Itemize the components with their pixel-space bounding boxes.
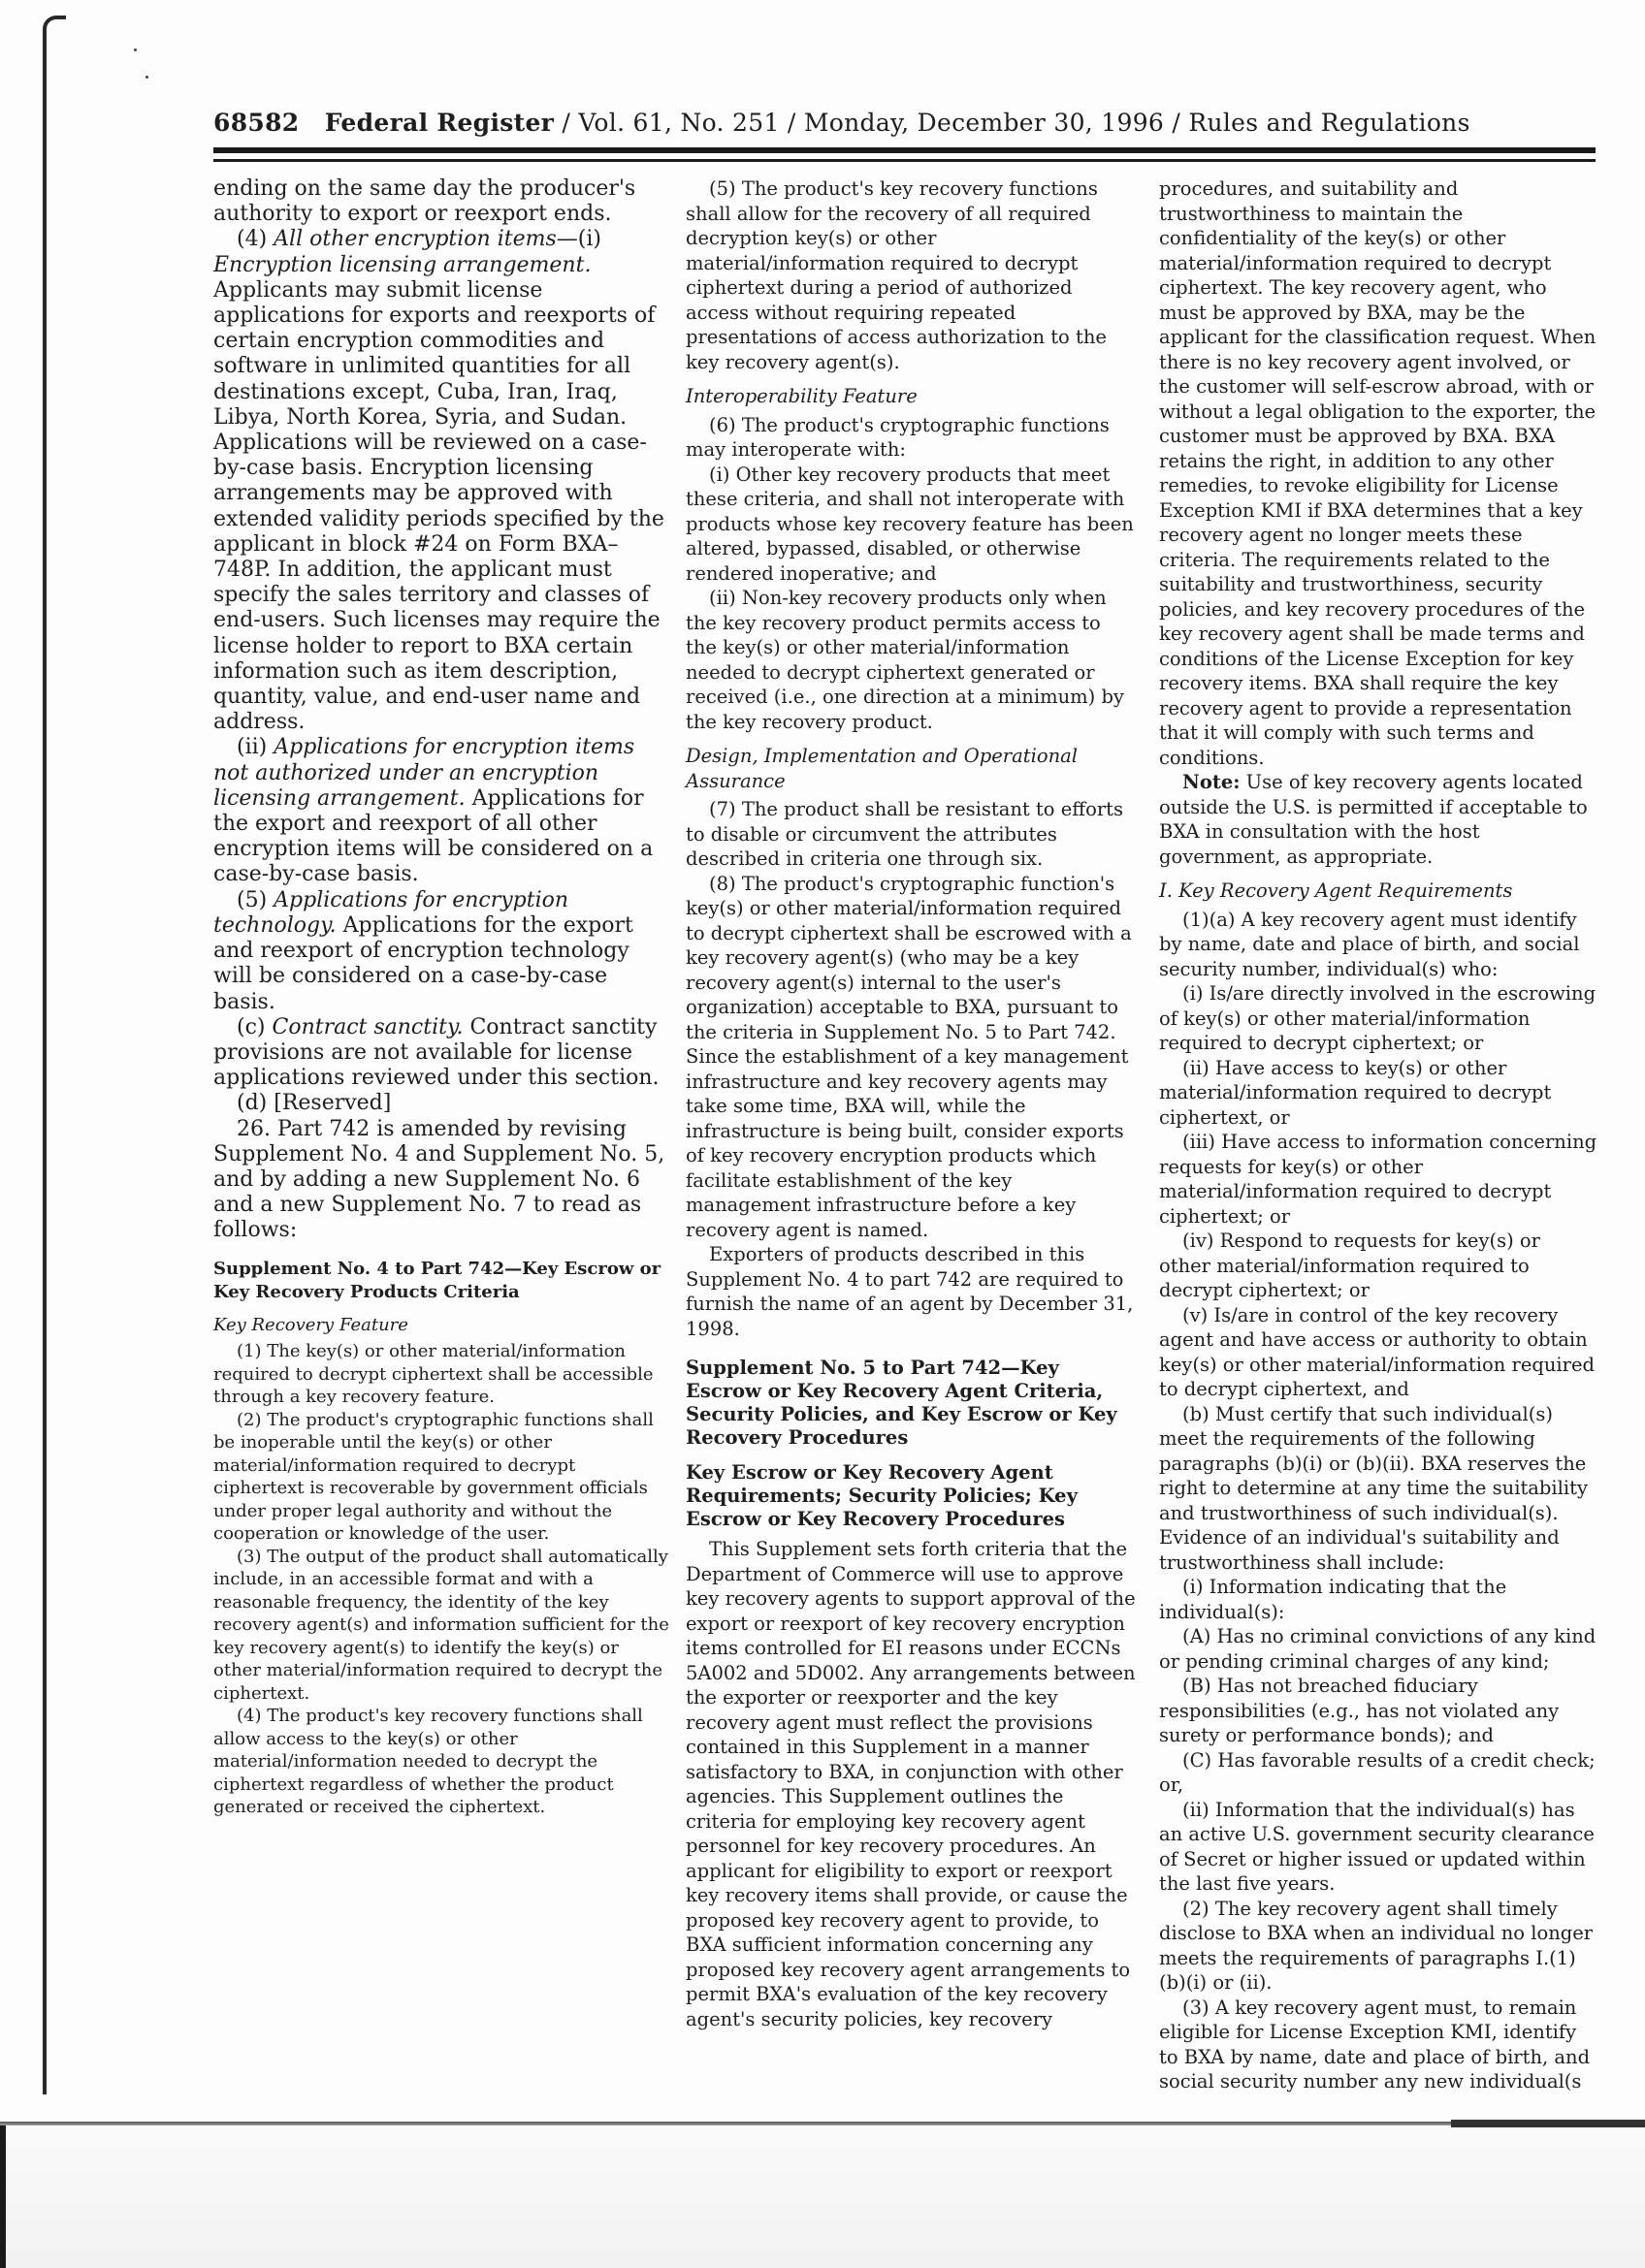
requirement-1a-i: (i) Is/are directly involved in the escr…: [1159, 981, 1597, 1056]
requirement-1b-ii: (ii) Information that the individual(s) …: [1159, 1798, 1597, 1897]
section-1-heading: I. Key Recovery Agent Requirements: [1159, 878, 1597, 904]
scan-speck: [145, 76, 148, 79]
requirement-2: (2) The key recovery agent shall timely …: [1159, 1897, 1597, 1996]
scan-page-edge: [0, 2122, 1645, 2125]
scan-bottom-margin: [0, 2125, 1645, 2268]
requirement-1a-iii: (iii) Have access to information concern…: [1159, 1130, 1597, 1229]
key-recovery-feature-heading: Key Recovery Feature: [213, 1314, 669, 1337]
note-label: Note:: [1182, 771, 1240, 793]
criterion-6-i: (i) Other key recovery products that mee…: [686, 463, 1137, 587]
left-column: ending on the same day the producer's au…: [213, 176, 669, 1819]
criterion-1: (1) The key(s) or other material/informa…: [213, 1340, 669, 1409]
para-subtitle: Encryption licensing arrangement.: [213, 253, 591, 277]
requirement-1a-iv: (iv) Respond to requests for key(s) or o…: [1159, 1229, 1597, 1303]
scan-binding-edge: [43, 48, 47, 2094]
scan-page-edge-dark: [1451, 2120, 1645, 2127]
criterion-3: (3) The output of the product shall auto…: [213, 1546, 669, 1706]
criterion-2: (2) The product's cryptographic function…: [213, 1409, 669, 1546]
page-number: 68582: [213, 109, 299, 137]
interoperability-heading: Interoperability Feature: [686, 384, 1137, 409]
paragraph-c: (c) Contract sanctity. Contract sanctity…: [213, 1015, 669, 1092]
issue-info: / Vol. 61, No. 251 / Monday, December 30…: [562, 109, 1469, 137]
requirement-1b-A: (A) Has no criminal convictions of any k…: [1159, 1624, 1597, 1674]
amendment-26: 26. Part 742 is amended by revising Supp…: [213, 1117, 669, 1244]
right-column: procedures, and suitability and trustwor…: [1159, 176, 1597, 2094]
requirement-1a: (1)(a) A key recovery agent must identif…: [1159, 908, 1597, 982]
header-rule-thick: [213, 147, 1596, 153]
criterion-7: (7) The product shall be resistant to ef…: [686, 797, 1137, 872]
supplement-4-heading: Supplement No. 4 to Part 742—Key Escrow …: [213, 1258, 669, 1304]
requirement-1b: (b) Must certify that such individual(s)…: [1159, 1402, 1597, 1576]
note-paragraph: Note: Use of key recovery agents located…: [1159, 770, 1597, 869]
paragraph-d: (d) [Reserved]: [213, 1091, 669, 1116]
paragraph: ending on the same day the producer's au…: [213, 176, 669, 227]
supplement-5-heading: Supplement No. 5 to Part 742—Key Escrow …: [686, 1357, 1137, 1450]
para-number: (5): [237, 888, 274, 912]
header-rule-thin: [213, 159, 1596, 162]
scan-left-edge: [0, 2125, 6, 2268]
criterion-6-ii: (ii) Non-key recovery products only when…: [686, 586, 1137, 734]
para-title: All other encryption items: [274, 227, 557, 251]
requirement-1a-ii: (ii) Have access to key(s) or other mate…: [1159, 1056, 1597, 1131]
design-assurance-heading: Design, Implementation and Operational A…: [686, 744, 1137, 793]
criterion-8: (8) The product's cryptographic function…: [686, 872, 1137, 1243]
paragraph: procedures, and suitability and trustwor…: [1159, 176, 1597, 770]
criterion-4: (4) The product's key recovery functions…: [213, 1705, 669, 1819]
para-sub: —(i): [557, 227, 601, 251]
para-number: (c): [237, 1015, 272, 1039]
para-number: (4): [237, 227, 274, 251]
requirement-1b-B: (B) Has not breached fiduciary responsib…: [1159, 1674, 1597, 1748]
para-number: (ii): [237, 735, 274, 759]
requirement-3: (3) A key recovery agent must, to remain…: [1159, 1996, 1597, 2094]
scan-speck: [134, 48, 137, 51]
requirement-1b-C: (C) Has favorable results of a credit ch…: [1159, 1748, 1597, 1798]
criterion-6: (6) The product's cryptographic function…: [686, 413, 1137, 463]
para-body: Applicants may submit license applicatio…: [213, 278, 664, 734]
running-header: 68582 Federal Register / Vol. 61, No. 25…: [213, 109, 1596, 137]
paragraph-4: (4) All other encryption items—(i) Encry…: [213, 227, 669, 735]
publication-title: Federal Register: [325, 109, 554, 137]
criterion-5: (5) The product's key recovery functions…: [686, 176, 1137, 374]
paragraph-5: (5) Applications for encryption technolo…: [213, 888, 669, 1015]
paragraph-4-ii: (ii) Applications for encryption items n…: [213, 735, 669, 887]
requirement-1a-v: (v) Is/are in control of the key recover…: [1159, 1303, 1597, 1402]
requirement-1b-i: (i) Information indicating that the indi…: [1159, 1575, 1597, 1624]
requirements-heading: Key Escrow or Key Recovery Agent Require…: [686, 1461, 1137, 1531]
middle-column: (5) The product's key recovery functions…: [686, 176, 1137, 2031]
para-title: Contract sanctity.: [272, 1015, 463, 1039]
exporters-paragraph: Exporters of products described in this …: [686, 1242, 1137, 1341]
supplement-5-intro: This Supplement sets forth criteria that…: [686, 1537, 1137, 2031]
